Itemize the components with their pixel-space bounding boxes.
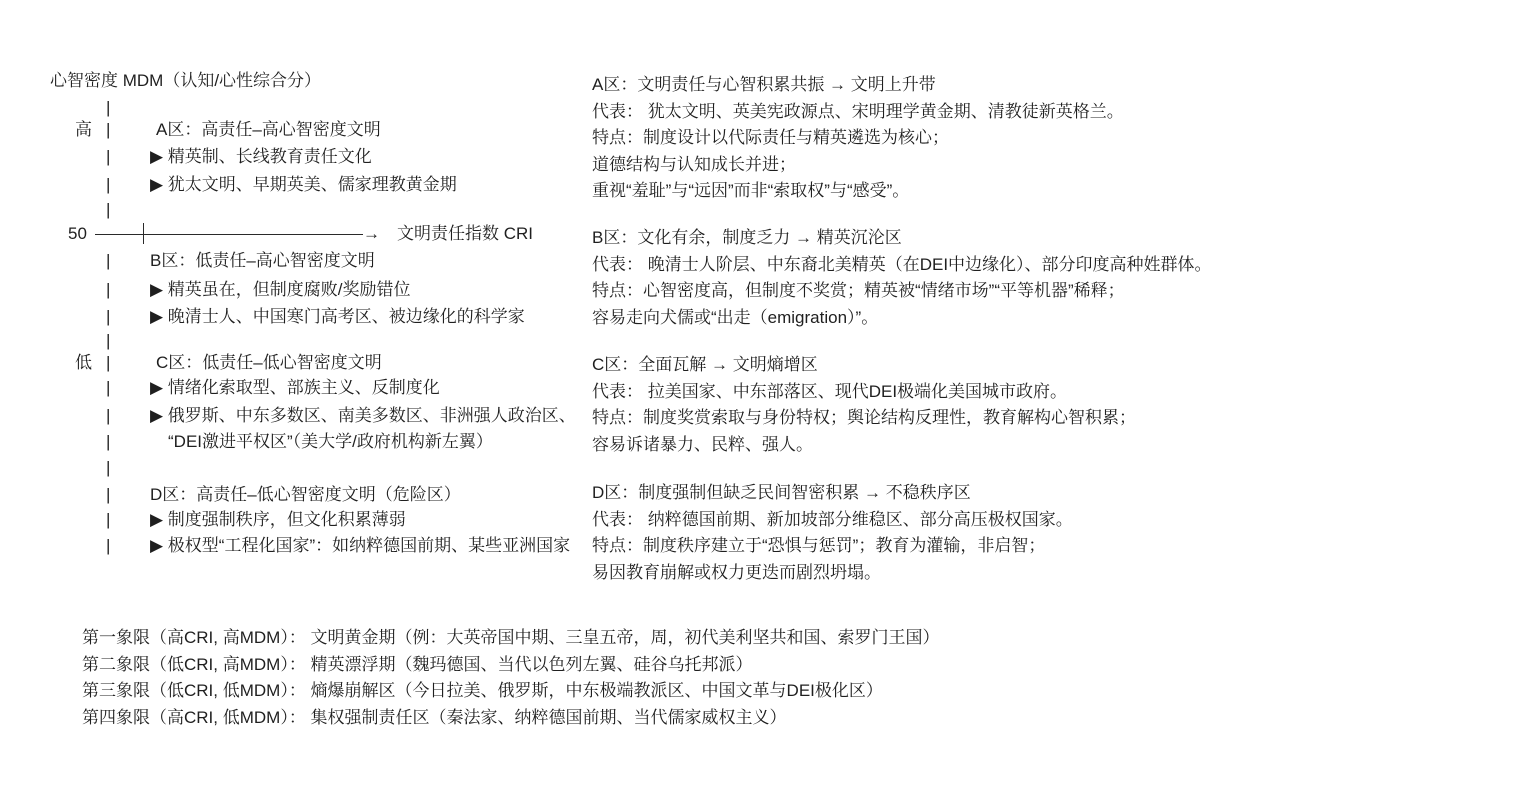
zone-d-line: 代表： 纳粹德国前期、新加坡部分维稳区、部分高压极权国家。 [592, 507, 1073, 534]
y-axis-title: 心智密度 MDM（认知/心性综合分） [50, 69, 321, 93]
x-axis-title: 文明责任指数 CRI [397, 222, 533, 246]
zone-c-item-continuation: “DEI激进平权区”（美大学/政府机构新左翼） [168, 430, 493, 454]
zone-d-headline: D区：制度强制但缺乏民间智密积累 → 不稳秩序区 [592, 480, 1073, 507]
zone-a-line: 道德结构与认知成长并进； [592, 152, 1124, 179]
y-axis-bar: | [106, 145, 110, 169]
y-axis-bar: | [106, 96, 110, 120]
zone-c-item: ▶ 情绪化索取型、部族主义、反制度化 [150, 376, 440, 400]
zone-c-item: ▶ 俄罗斯、中东多数区、南美多数区、非洲强人政治区、 [150, 404, 576, 428]
zone-a-title: A区：高责任–高心智密度文明 [156, 118, 381, 142]
quadrant-4-line: 第四象限（高CRI, 低MDM）： 集权强制责任区（秦法家、纳粹德国前期、当代儒… [82, 705, 940, 732]
zone-b-description: B区：文化有余，制度乏力 → 精英沉沦区 代表： 晚清士人阶层、中东裔北美精英（… [592, 225, 1212, 331]
y-axis-low-label: 低 [75, 351, 92, 375]
x-axis-tick [143, 223, 144, 244]
y-axis-bar: | [106, 430, 110, 454]
zone-a-line: 重视“羞耻”与“远因”而非“索取权”与“感受”。 [592, 178, 1124, 205]
zone-c-line: 特点：制度奖赏索取与身份特权；舆论结构反理性，教育解构心智积累； [592, 405, 1136, 432]
zone-d-item: ▶ 制度强制秩序，但文化积累薄弱 [150, 508, 406, 532]
x-axis-arrow-icon: → [363, 222, 380, 246]
y-axis-bar: | [106, 198, 110, 222]
quadrant-1-line: 第一象限（高CRI, 高MDM）： 文明黄金期（例：大英帝国中期、三皇五帝，周，… [82, 625, 940, 652]
zone-b-item: ▶ 精英虽在，但制度腐败/奖励错位 [150, 278, 411, 302]
zone-a-item: ▶ 精英制、长线教育责任文化 [150, 145, 372, 169]
zone-c-title: C区：低责任–低心智密度文明 [156, 351, 382, 375]
y-axis-bar: | [106, 118, 110, 142]
zone-b-line: 代表： 晚清士人阶层、中东裔北美精英（在DEI中边缘化）、部分印度高种姓群体。 [592, 252, 1212, 279]
y-axis-high-label: 高 [75, 118, 92, 142]
zone-c-line: 容易诉诸暴力、民粹、强人。 [592, 432, 1136, 459]
quadrant-2-line: 第二象限（低CRI, 高MDM）： 精英漂浮期（魏玛德国、当代以色列左翼、硅谷乌… [82, 652, 940, 679]
y-axis-bar: | [106, 305, 110, 329]
y-axis-bar: | [106, 329, 110, 353]
page: { "document": { "background_color": "#ff… [0, 0, 1517, 790]
y-axis-bar: | [106, 249, 110, 273]
y-axis-bar: | [106, 404, 110, 428]
zone-d-line: 特点：制度秩序建立于“恐惧与惩罚”；教育为灌输，非启智； [592, 533, 1073, 560]
x-axis-origin-value: 50 [68, 222, 87, 246]
zone-a-headline: A区：文明责任与心智积累共振 → 文明上升带 [592, 72, 1124, 99]
zone-a-line: 特点：制度设计以代际责任与精英遴选为核心； [592, 125, 1124, 152]
y-axis-bar: | [106, 376, 110, 400]
y-axis-bar: | [106, 173, 110, 197]
zone-a-line: 代表： 犹太文明、英美宪政源点、宋明理学黄金期、清教徒新英格兰。 [592, 99, 1124, 126]
zone-c-headline: C区：全面瓦解 → 文明熵增区 [592, 352, 1136, 379]
zone-d-line: 易因教育崩解或权力更迭而剧烈坍塌。 [592, 560, 1073, 587]
y-axis-bar: | [106, 534, 110, 558]
y-axis-bar: | [106, 508, 110, 532]
quadrant-summary: 第一象限（高CRI, 高MDM）： 文明黄金期（例：大英帝国中期、三皇五帝，周，… [82, 625, 940, 731]
zone-c-description: C区：全面瓦解 → 文明熵增区 代表： 拉美国家、中东部落区、现代DEI极端化美… [592, 352, 1136, 458]
zone-b-title: B区：低责任–高心智密度文明 [150, 249, 375, 273]
zone-d-item: ▶ 极权型“工程化国家”：如纳粹德国前期、某些亚洲国家 [150, 534, 570, 558]
zone-a-description: A区：文明责任与心智积累共振 → 文明上升带 代表： 犹太文明、英美宪政源点、宋… [592, 72, 1124, 205]
zone-d-description: D区：制度强制但缺乏民间智密积累 → 不稳秩序区 代表： 纳粹德国前期、新加坡部… [592, 480, 1073, 586]
zone-b-line: 容易走向犬儒或“出走（emigration）”。 [592, 305, 1212, 332]
y-axis-bar: | [106, 278, 110, 302]
zone-d-title: D区：高责任–低心智密度文明（危险区） [150, 483, 461, 507]
quadrant-3-line: 第三象限（低CRI, 低MDM）： 熵爆崩解区（今日拉美、俄罗斯，中东极端教派区… [82, 678, 940, 705]
zone-b-line: 特点：心智密度高，但制度不奖赏；精英被“情绪市场”“平等机器”稀释； [592, 278, 1212, 305]
zone-b-item: ▶ 晚清士人、中国寒门高考区、被边缘化的科学家 [150, 305, 525, 329]
y-axis-bar: | [106, 351, 110, 375]
y-axis-bar: | [106, 483, 110, 507]
zone-c-line: 代表： 拉美国家、中东部落区、现代DEI极端化美国城市政府。 [592, 379, 1136, 406]
x-axis-line [95, 234, 363, 235]
y-axis-bar: | [106, 456, 110, 480]
zone-b-headline: B区：文化有余，制度乏力 → 精英沉沦区 [592, 225, 1212, 252]
zone-a-item: ▶ 犹太文明、早期英美、儒家理教黄金期 [150, 173, 457, 197]
